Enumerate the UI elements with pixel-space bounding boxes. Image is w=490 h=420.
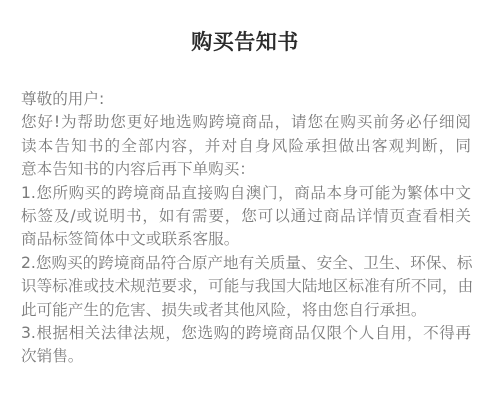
clause-line: 标签及/或说明书，如有需要，您可以通过商品详情页查看相关 (21, 205, 471, 228)
clause-3: 3.根据相关法律法规，您选购的跨境商品仅限个人自用，不得再 次销售。 (21, 322, 471, 369)
clause-line: 2.您购买的跨境商品符合原产地有关质量、安全、卫生、环保、标 (21, 252, 471, 275)
intro-line: 意本告知书的内容后再下单购买： (21, 158, 471, 181)
clause-line: 3.根据相关法律法规，您选购的跨境商品仅限个人自用，不得再 (21, 322, 471, 345)
clause-line: 次销售。 (21, 345, 471, 368)
clause-line: 商品标签简体中文或联系客服。 (21, 228, 471, 251)
clause-2: 2.您购买的跨境商品符合原产地有关质量、安全、卫生、环保、标 识等标准或技术规范… (21, 252, 471, 322)
greeting: 尊敬的用户: (21, 88, 471, 111)
clause-line: 1.您所购买的跨境商品直接购自澳门，商品本身可能为繁体中文 (21, 182, 471, 205)
intro-line: 读本告知书的全部内容，并对自身风险承担做出客观判断，同 (21, 135, 471, 158)
page-title: 购买告知书 (0, 27, 490, 57)
intro-paragraph: 您好!为帮助您更好地选购跨境商品，请您在购买前务必仔细阅 读本告知书的全部内容，… (21, 111, 471, 181)
notice-body: 尊敬的用户: 您好!为帮助您更好地选购跨境商品，请您在购买前务必仔细阅 读本告知… (21, 88, 471, 369)
purchase-notice: 购买告知书 尊敬的用户: 您好!为帮助您更好地选购跨境商品，请您在购买前务必仔细… (0, 0, 490, 420)
clause-1: 1.您所购买的跨境商品直接购自澳门，商品本身可能为繁体中文 标签及/或说明书，如… (21, 182, 471, 252)
clause-line: 识等标准或技术规范要求，可能与我国大陆地区标准有所不同，由 (21, 275, 471, 298)
clause-line: 此可能产生的危害、损失或者其他风险，将由您自行承担。 (21, 299, 471, 322)
intro-line: 您好!为帮助您更好地选购跨境商品，请您在购买前务必仔细阅 (21, 111, 471, 134)
